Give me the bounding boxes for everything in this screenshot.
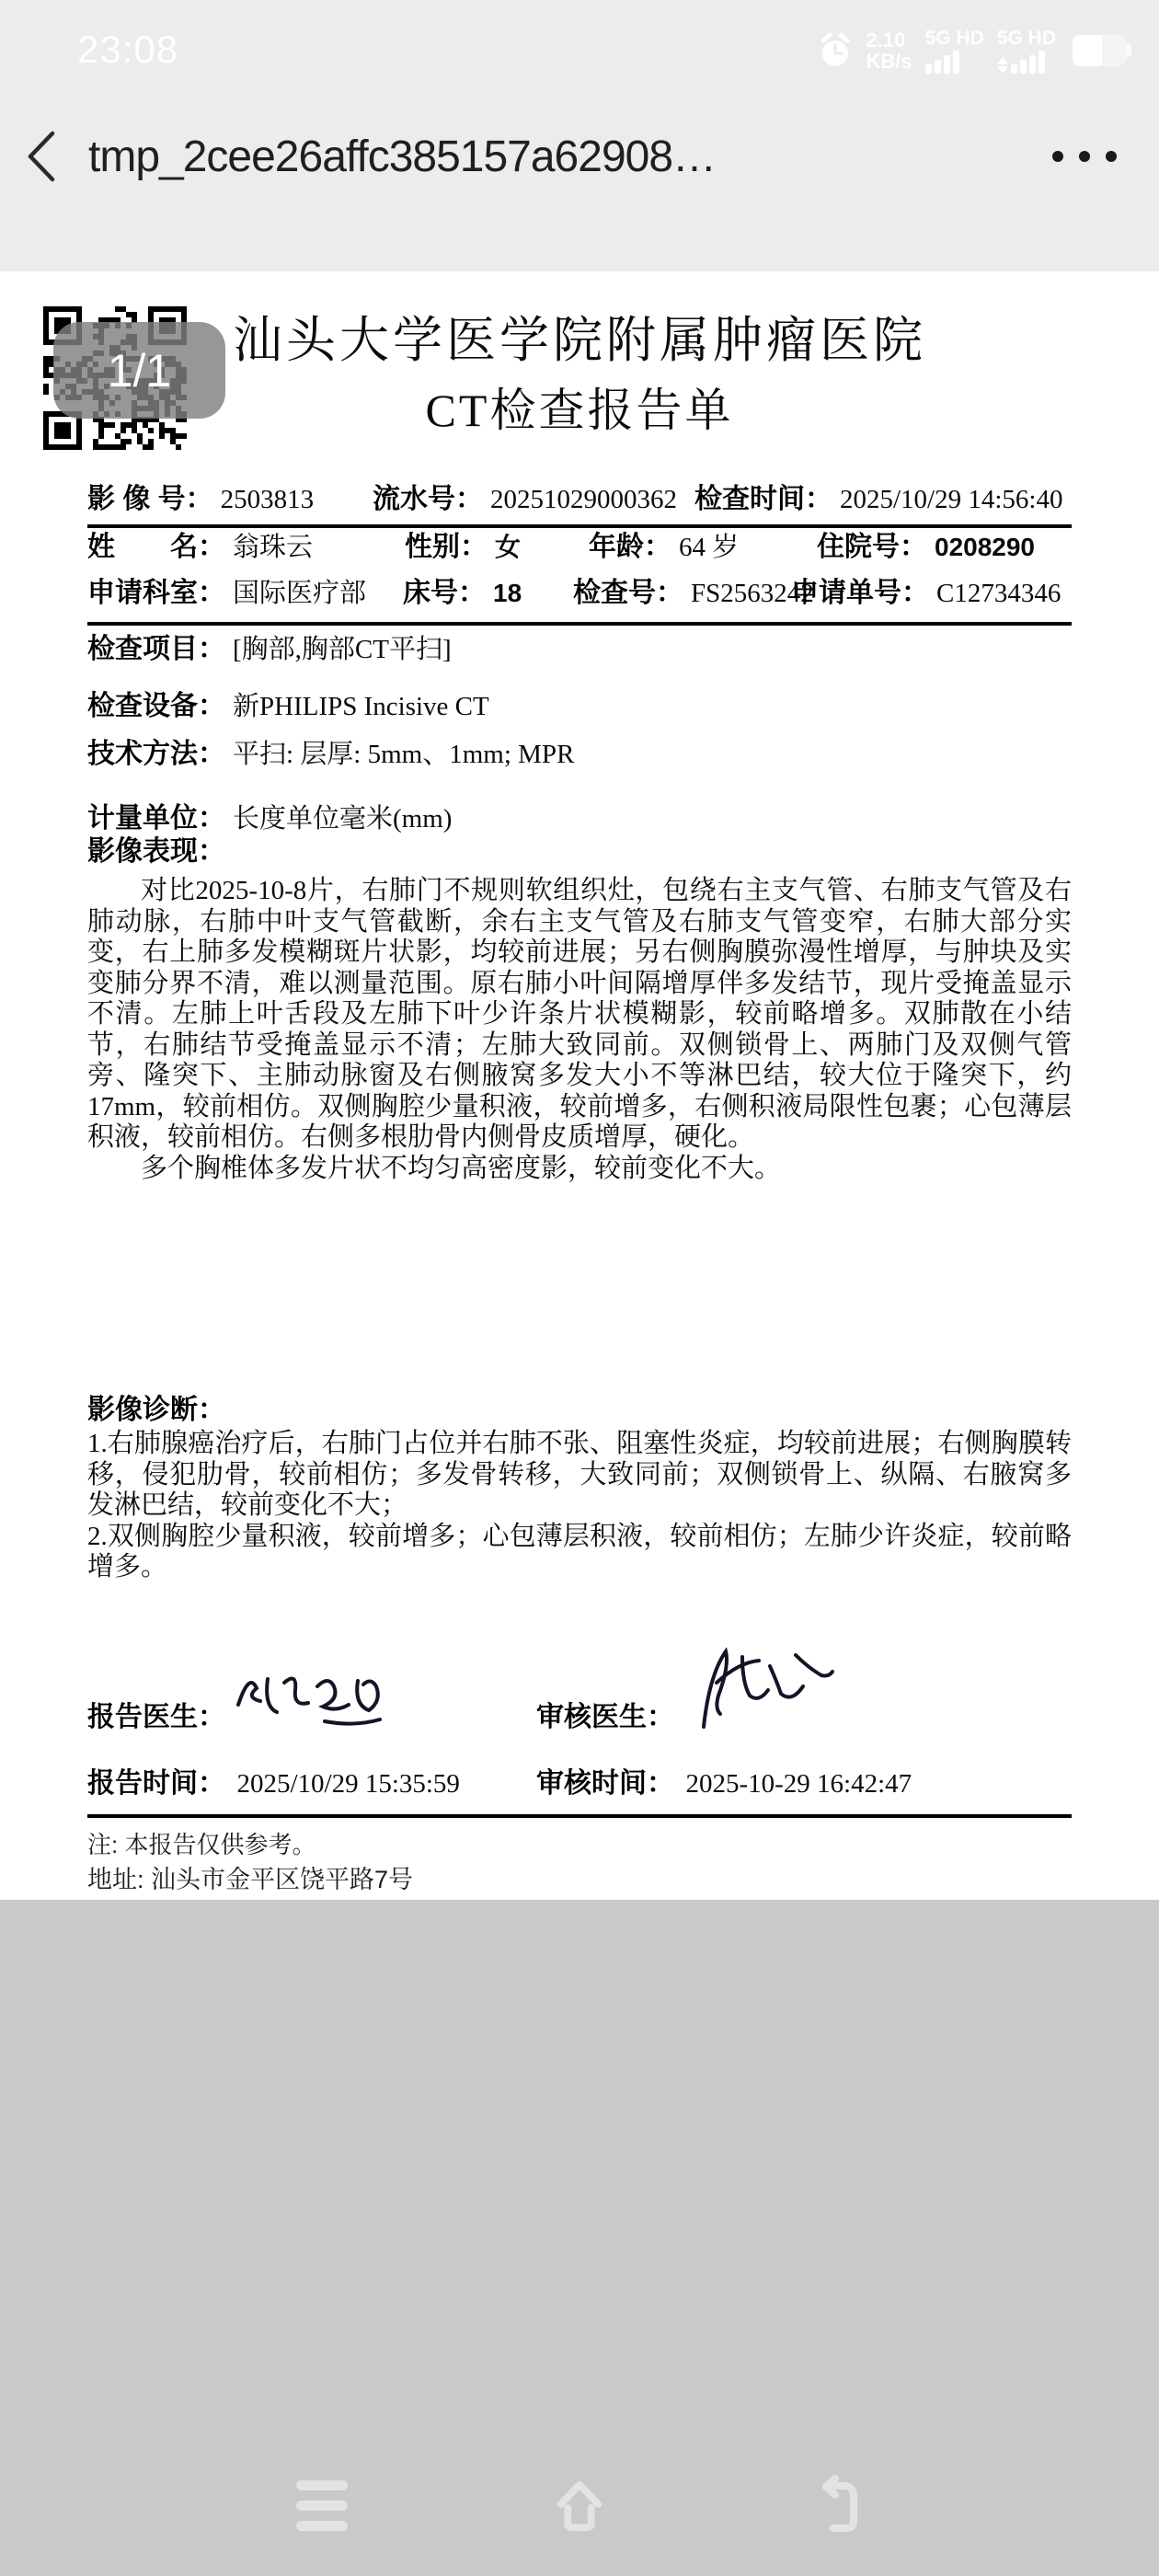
battery-icon	[1069, 35, 1126, 66]
divider	[87, 622, 1072, 626]
review-doctor-signature	[682, 1639, 866, 1749]
signal-bars-icon	[1011, 51, 1045, 74]
field-value: 18	[493, 578, 522, 609]
diagnosis-heading: 影像诊断：	[87, 1394, 1072, 1427]
field-value: 女	[495, 532, 521, 563]
document-title: tmp_2cee26affc385157a62908…	[88, 132, 1034, 182]
section-value: 平扫: 层厚: 5mm、1mm; MPR	[233, 738, 574, 771]
field-value: 2025/10/29 14:56:40	[840, 484, 1062, 515]
divider	[87, 1814, 1072, 1818]
field-label: 检查时间：	[694, 484, 832, 515]
field-value: 翁珠云	[233, 532, 313, 563]
section-unit: 计量单位： 长度单位毫米(mm)	[87, 802, 1072, 835]
field-label: 流水号：	[373, 484, 483, 515]
status-indicators: 2.10 KB/s 5G HD 5G HD	[817, 29, 1134, 74]
report-time-value: 2025/10/29 15:35:59	[236, 1769, 459, 1799]
findings-paragraph: 对比2025-10-8片，右肺门不规则软组织灶，包绕右主支气管、右肺支气管及右肺…	[87, 876, 1072, 1154]
findings-heading: 影像表现：	[87, 835, 1072, 868]
data-arrows-icon	[997, 57, 1008, 74]
sim2-signal: 5G HD	[997, 29, 1056, 74]
times-row: 报告时间： 2025/10/29 15:35:59 审核时间： 2025-10-…	[87, 1765, 1072, 1807]
home-icon	[550, 2475, 609, 2536]
network-speed: 2.10 KB/s	[866, 29, 912, 72]
section-label: 计量单位：	[87, 802, 225, 835]
report-page: 1/1 汕头大学医学院附属肿瘤医院 CT检查报告单 影 像 号：2503813 …	[0, 271, 1159, 1900]
report-note: 注: 本报告仅供参考。	[87, 1831, 1072, 1858]
section-label: 技术方法：	[87, 738, 225, 771]
document-viewport[interactable]: 1/1 汕头大学医学院附属肿瘤医院 CT检查报告单 影 像 号：2503813 …	[0, 271, 1159, 2576]
signal-bars-icon	[925, 51, 959, 74]
app-header: 23:08 2.10 KB/s 5G HD	[0, 0, 1159, 271]
field-value: 国际医疗部	[233, 578, 366, 609]
divider	[87, 524, 1072, 528]
sim1-network-label: 5G HD	[925, 29, 984, 49]
field-label: 影 像 号：	[87, 484, 213, 515]
dot	[1106, 151, 1117, 162]
section-value: [胸部,胸部CT平扫]	[233, 633, 452, 666]
review-time-label: 审核时间：	[536, 1768, 674, 1799]
section-label: 检查设备：	[87, 690, 225, 723]
return-arrow-icon	[808, 2475, 866, 2536]
chevron-left-icon	[21, 128, 62, 185]
page-indicator: 1/1	[53, 322, 225, 419]
back-nav-button[interactable]	[808, 2476, 866, 2535]
sim1-signal: 5G HD	[925, 29, 984, 74]
section-value: 新PHILIPS Incisive CT	[233, 690, 489, 723]
back-button[interactable]	[0, 115, 83, 198]
field-label: 住院号：	[817, 532, 927, 563]
title-bar: tmp_2cee26affc385157a62908…	[0, 92, 1159, 221]
report-doctor-label: 报告医生：	[87, 1694, 225, 1734]
home-button[interactable]	[550, 2476, 609, 2535]
signature-row: 报告医生： 审核医生：	[87, 1686, 1072, 1742]
field-label: 年龄：	[589, 532, 671, 563]
info-row-1: 影 像 号：2503813 流水号：20251029000362 检查时间：20…	[87, 484, 1072, 515]
speed-value: 2.10	[866, 29, 906, 51]
field-value: 20251029000362	[490, 484, 677, 515]
field-value: 2503813	[221, 484, 315, 515]
field-value: 0208290	[935, 532, 1035, 563]
field-value: 64 岁	[679, 532, 739, 563]
field-label: 检查号：	[573, 578, 683, 609]
field-label: 性别：	[405, 532, 488, 563]
status-time: 23:08	[77, 28, 178, 72]
section-value: 长度单位毫米(mm)	[233, 802, 452, 835]
info-row-3: 申请科室：国际医疗部 床号：18 检查号：FS2563242 申请单号：C127…	[87, 578, 1072, 609]
field-label: 姓 名：	[87, 532, 225, 563]
report-doctor-signature	[225, 1651, 419, 1743]
status-bar: 23:08 2.10 KB/s 5G HD	[0, 0, 1159, 92]
diagnosis-item: 1.右肺腺癌治疗后，右肺门占位并右肺不张、阻塞性炎症，均较前进展；右侧胸膜转移，…	[87, 1429, 1072, 1522]
field-label: 申请单号：	[791, 578, 929, 609]
review-time-value: 2025-10-29 16:42:47	[685, 1769, 912, 1799]
info-row-2: 姓 名：翁珠云 性别：女 年龄：64 岁 住院号：0208290	[87, 532, 1072, 563]
recent-apps-button[interactable]	[293, 2476, 351, 2535]
dot	[1052, 151, 1063, 162]
field-label: 床号：	[403, 578, 486, 609]
android-nav-bar	[0, 2473, 1159, 2537]
alarm-clock-icon	[817, 31, 854, 70]
report-doctor: 报告医生：	[87, 1686, 536, 1742]
hospital-address: 地址: 汕头市金平区饶平路7号	[87, 1866, 1072, 1893]
phone-screen: 23:08 2.10 KB/s 5G HD	[0, 0, 1159, 2576]
section-technique: 技术方法： 平扫: 层厚: 5mm、1mm; MPR	[87, 738, 1072, 771]
review-doctor: 审核医生：	[536, 1686, 674, 1742]
field-label: 申请科室：	[87, 578, 225, 609]
field-value: C12734346	[936, 578, 1061, 609]
more-menu-button[interactable]	[1034, 123, 1159, 190]
speed-unit: KB/s	[866, 51, 912, 72]
findings-paragraph: 多个胸椎体多发片状不均匀高密度影，较前变化不大。	[87, 1154, 1072, 1185]
dot	[1079, 151, 1090, 162]
section-device: 检查设备： 新PHILIPS Incisive CT	[87, 690, 1072, 723]
section-label: 检查项目：	[87, 633, 225, 666]
report-time-label: 报告时间：	[87, 1768, 225, 1799]
review-doctor-label: 审核医生：	[536, 1694, 674, 1734]
report-header: 1/1 汕头大学医学院附属肿瘤医院 CT检查报告单	[0, 271, 1159, 460]
hamburger-menu-icon	[296, 2480, 348, 2531]
sim2-network-label: 5G HD	[997, 29, 1056, 49]
diagnosis-item: 2.双侧胸腔少量积液，较前增多；心包薄层积液，较前相仿；左肺少许炎症，较前略增多…	[87, 1522, 1072, 1583]
section-exam-item: 检查项目： [胸部,胸部CT平扫]	[87, 633, 1072, 666]
